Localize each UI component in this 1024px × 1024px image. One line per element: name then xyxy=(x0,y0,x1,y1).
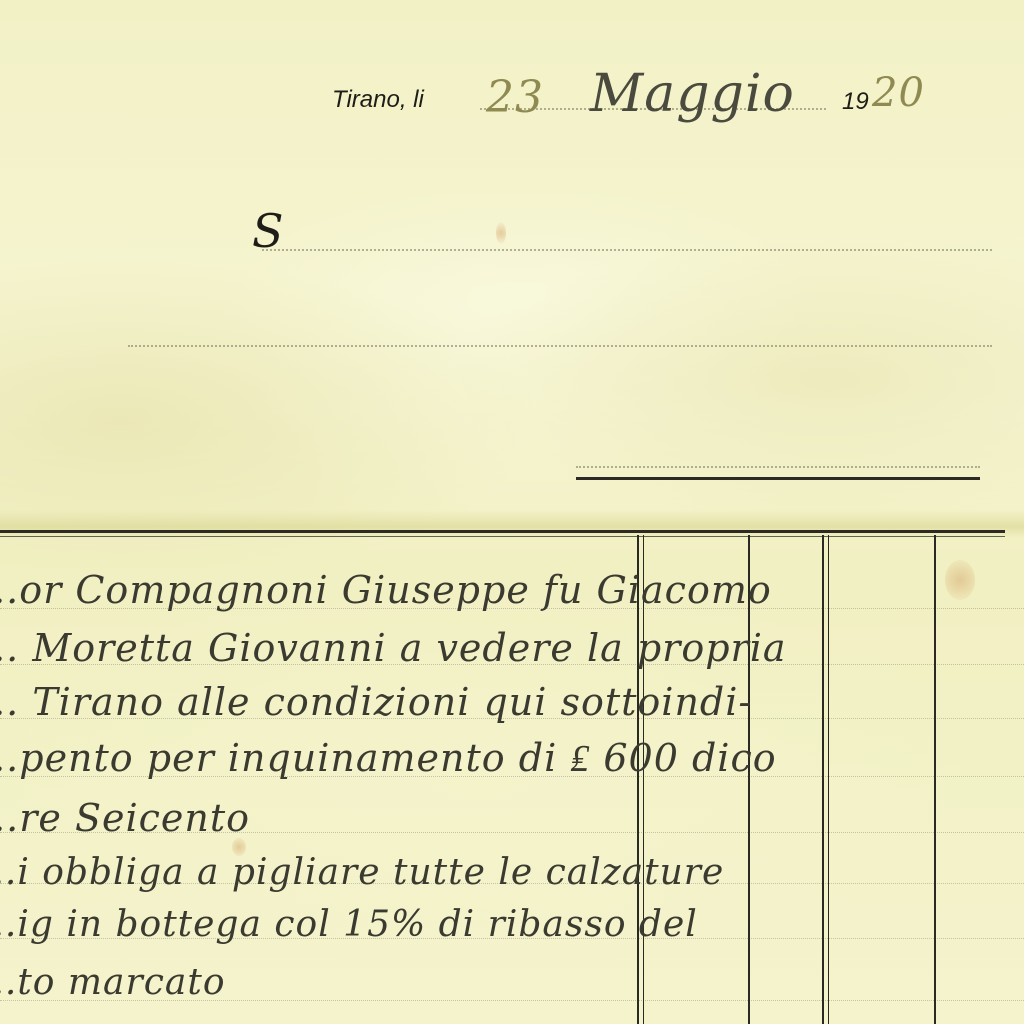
body-line-7: ...ig in bottega col 15% di ribasso del xyxy=(0,904,698,945)
column-line xyxy=(822,535,824,1024)
year-prefix: 19 xyxy=(842,88,869,116)
body-line-8: ...to marcato xyxy=(0,962,226,1003)
fold-crease xyxy=(0,510,1024,538)
table-top-rule xyxy=(0,530,1005,533)
place-label: Tirano, li xyxy=(332,86,424,114)
address-line-1 xyxy=(262,249,992,251)
body-line-1: ...or Compagnoni Giuseppe fu Giacomo xyxy=(0,568,772,612)
address-underline xyxy=(576,477,980,480)
stain xyxy=(945,560,975,600)
date-month: Maggio xyxy=(590,64,795,124)
column-line xyxy=(828,535,829,1024)
stain xyxy=(496,222,506,244)
body-line-4: ...pento per inquinamento di ₤ 600 dico xyxy=(0,736,777,781)
column-line xyxy=(934,535,936,1024)
body-line-2: ... Moretta Giovanni a vedere la propria xyxy=(0,626,787,670)
year-suffix: 20 xyxy=(872,70,925,116)
date-day: 23 xyxy=(486,72,544,123)
body-line-5: ...re Seicento xyxy=(0,796,250,840)
address-line-2 xyxy=(128,345,992,347)
body-line-6: ...i obbliga a pigliare tutte le calzatu… xyxy=(0,852,724,893)
address-line-3 xyxy=(576,466,980,468)
table-top-rule-lower xyxy=(0,536,1005,537)
body-line-3: ... Tirano alle condizioni qui sottoindi… xyxy=(0,680,752,724)
